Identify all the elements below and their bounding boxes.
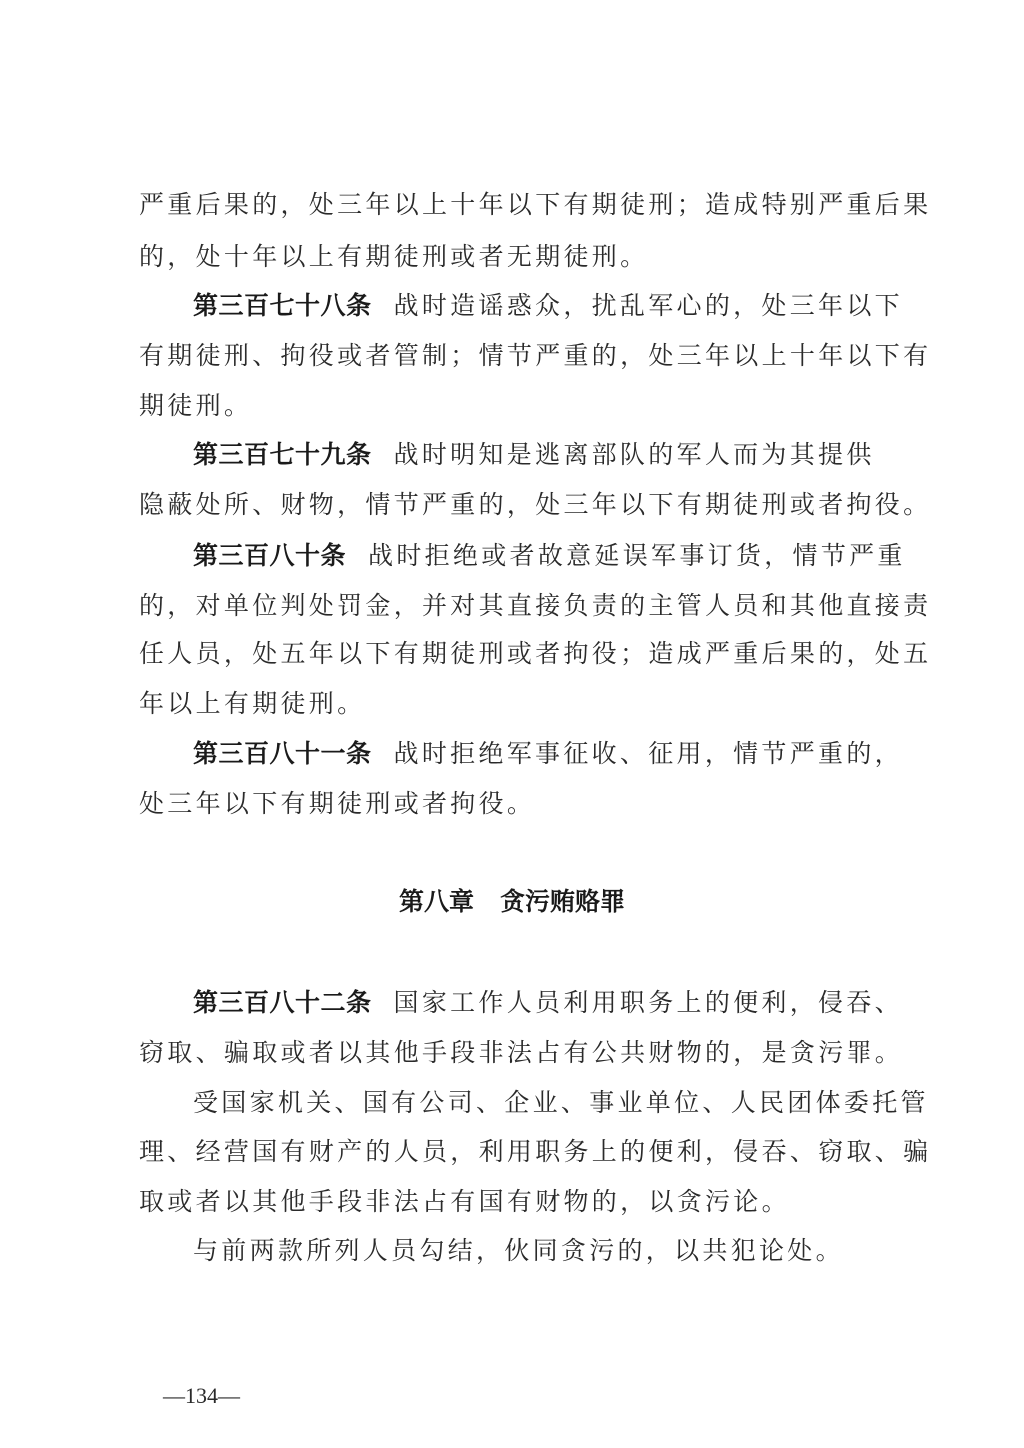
article-title: 第三百七十九条 [193, 440, 372, 469]
article-text: 战时造谣惑众，扰乱军心的，处三年以下 [394, 291, 903, 320]
document-page: 严重后果的，处三年以上十年以下有期徒刑；造成特别严重后果 的，处十年以上有期徒刑… [0, 0, 1024, 1448]
article-379-first-line: 第三百七十九条战时明知是逃离部队的军人而为其提供 [193, 439, 875, 471]
chapter-name: 贪污贿赂罪 [500, 887, 625, 916]
article-378-first-line: 第三百七十八条战时造谣惑众，扰乱军心的，处三年以下 [193, 290, 903, 322]
article-line: 窃取、骗取或者以其他手段非法占有公共财物的，是贪污罪。 [139, 1037, 903, 1069]
article-381-first-line: 第三百八十一条战时拒绝军事征收、征用，情节严重的， [193, 738, 903, 770]
article-title: 第三百八十二条 [193, 988, 372, 1017]
article-line: 隐蔽处所、财物，情节严重的，处三年以下有期徒刑或者拘役。 [139, 489, 931, 521]
article-line: 任人员，处五年以下有期徒刑或者拘役；造成严重后果的，处五 [139, 638, 931, 670]
chapter-number: 第八章 [399, 887, 474, 916]
paragraph-line: 与前两款所列人员勾结，伙同贪污的，以共犯论处。 [193, 1235, 844, 1267]
page-number: —134— [163, 1383, 240, 1409]
article-text: 战时拒绝军事征收、征用，情节严重的， [394, 739, 903, 768]
paragraph-line: 受国家机关、国有公司、企业、事业单位、人民团体委托管 [193, 1087, 929, 1119]
article-text: 战时明知是逃离部队的军人而为其提供 [394, 440, 875, 469]
article-title: 第三百八十一条 [193, 739, 372, 768]
paragraph-line: 取或者以其他手段非法占有国有财物的，以贪污论。 [139, 1186, 790, 1218]
article-text: 国家工作人员利用职务上的便利，侵吞、 [394, 988, 903, 1017]
article-line: 期徒刑。 [139, 390, 252, 422]
article-title: 第三百七十八条 [193, 291, 372, 320]
carryover-line: 的，处十年以上有期徒刑或者无期徒刑。 [139, 241, 648, 273]
article-380-first-line: 第三百八十条战时拒绝或者故意延误军事订货，情节严重 [193, 540, 906, 572]
article-line: 处三年以下有期徒刑或者拘役。 [139, 788, 535, 820]
article-text: 战时拒绝或者故意延误军事订货，情节严重 [368, 541, 906, 570]
article-title: 第三百八十条 [193, 541, 346, 570]
article-382-first-line: 第三百八十二条国家工作人员利用职务上的便利，侵吞、 [193, 987, 903, 1019]
article-line: 的，对单位判处罚金，并对其直接负责的主管人员和其他直接责 [139, 590, 931, 622]
chapter-heading: 第八章贪污贿赂罪 [0, 886, 1024, 918]
paragraph-line: 理、经营国有财产的人员，利用职务上的便利，侵吞、窃取、骗 [139, 1136, 931, 1168]
carryover-line: 严重后果的，处三年以上十年以下有期徒刑；造成特别严重后果 [139, 189, 931, 221]
article-line: 有期徒刑、拘役或者管制；情节严重的，处三年以上十年以下有 [139, 340, 931, 372]
article-line: 年以上有期徒刑。 [139, 688, 365, 720]
